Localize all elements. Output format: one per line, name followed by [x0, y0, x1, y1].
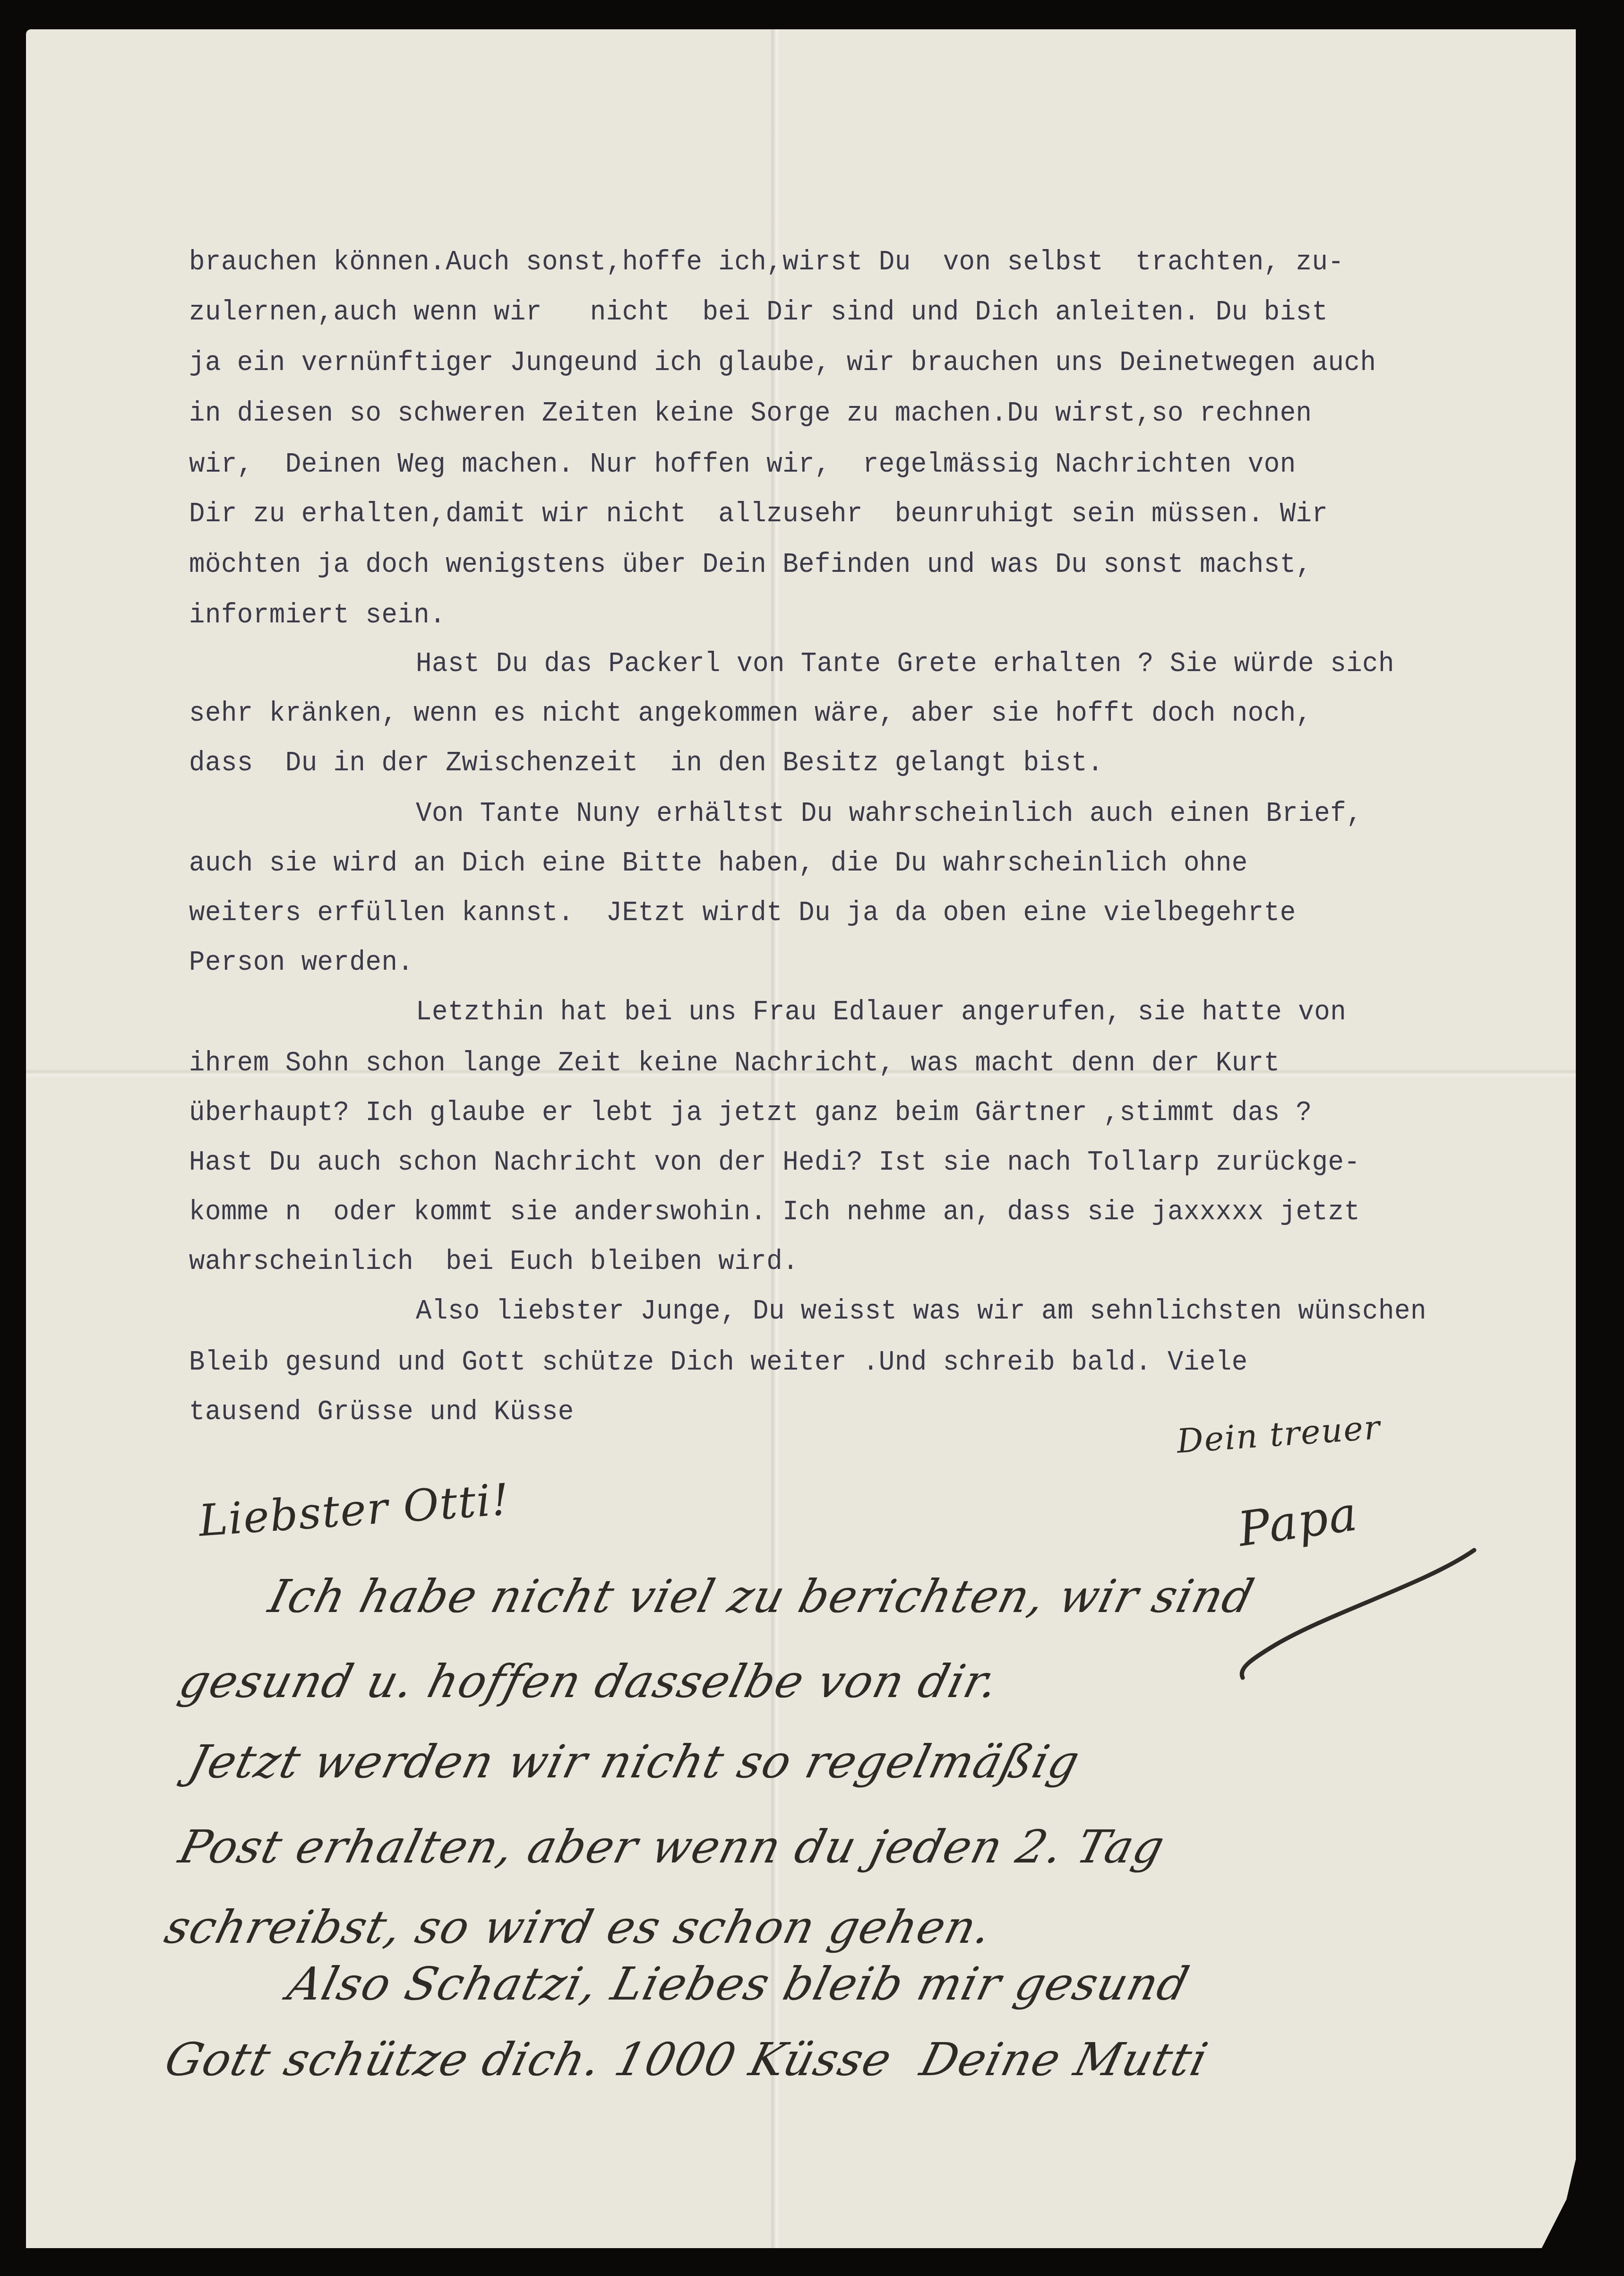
- typed-line: Hast Du das Packerl von Tante Grete erha…: [416, 650, 1394, 678]
- typed-line: sehr kränken, wenn es nicht angekommen w…: [189, 699, 1312, 728]
- typed-line: auch sie wird an Dich eine Bitte haben, …: [189, 849, 1248, 878]
- typed-line: überhaupt? Ich glaube er lebt ja jetzt g…: [189, 1099, 1312, 1127]
- typed-line: Von Tante Nuny erhältst Du wahrscheinlic…: [416, 800, 1362, 828]
- typed-line: Dir zu erhalten,damit wir nicht allzuseh…: [189, 500, 1328, 528]
- typed-line: Hast Du auch schon Nachricht von der Hed…: [189, 1148, 1360, 1177]
- typed-line: weiters erfüllen kannst. JEtzt wirdt Du …: [189, 899, 1296, 927]
- postscript-line: Also Schatzi, Liebes bleib mir gesund: [284, 1961, 1194, 2007]
- typed-line: Also liebster Junge, Du weisst was wir a…: [416, 1297, 1426, 1326]
- typed-line: zulernen,auch wenn wir nicht bei Dir sin…: [189, 298, 1328, 327]
- postscript-line: gesund u. hoffen dasselbe von dir.: [175, 1659, 1004, 1704]
- postscript-line: Post erhalten, aber wenn du jeden 2. Tag: [175, 1824, 1169, 1870]
- typed-line: komme n oder kommt sie anderswohin. Ich …: [189, 1198, 1360, 1226]
- typed-line: Bleib gesund und Gott schütze Dich weite…: [189, 1348, 1248, 1377]
- typed-line: Person werden.: [189, 948, 413, 977]
- postscript-line: schreibst, so wird es schon gehen.: [161, 1905, 997, 1950]
- postscript-line: Gott schütze dich. 1000 Küsse Deine Mutt…: [161, 2037, 1212, 2082]
- postscript-line: Ich habe nicht viel zu berichten, wir si…: [265, 1574, 1259, 1619]
- typed-line: wir, Deinen Weg machen. Nur hoffen wir, …: [189, 450, 1296, 479]
- typed-line: Letzthin hat bei uns Frau Edlauer angeru…: [416, 998, 1346, 1026]
- typed-line: in diesen so schweren Zeiten keine Sorge…: [189, 399, 1312, 428]
- typed-line: ja ein vernünftiger Jungeund ich glaube,…: [189, 349, 1376, 377]
- typed-line: wahrscheinlich bei Euch bleiben wird.: [189, 1248, 799, 1276]
- typed-line: informiert sein.: [189, 601, 446, 629]
- typed-line: dass Du in der Zwischenzeit in den Besit…: [189, 749, 1103, 777]
- signature-flourish-icon: [1210, 1541, 1493, 1682]
- typed-line: tausend Grüsse und Küsse: [189, 1398, 574, 1426]
- postscript-line: Jetzt werden wir nicht so regelmäßig: [184, 1739, 1084, 1785]
- typed-line: ihrem Sohn schon lange Zeit keine Nachri…: [189, 1049, 1280, 1078]
- typed-line: möchten ja doch wenigstens über Dein Bef…: [189, 551, 1312, 579]
- typed-line: brauchen können.Auch sonst,hoffe ich,wir…: [189, 248, 1344, 276]
